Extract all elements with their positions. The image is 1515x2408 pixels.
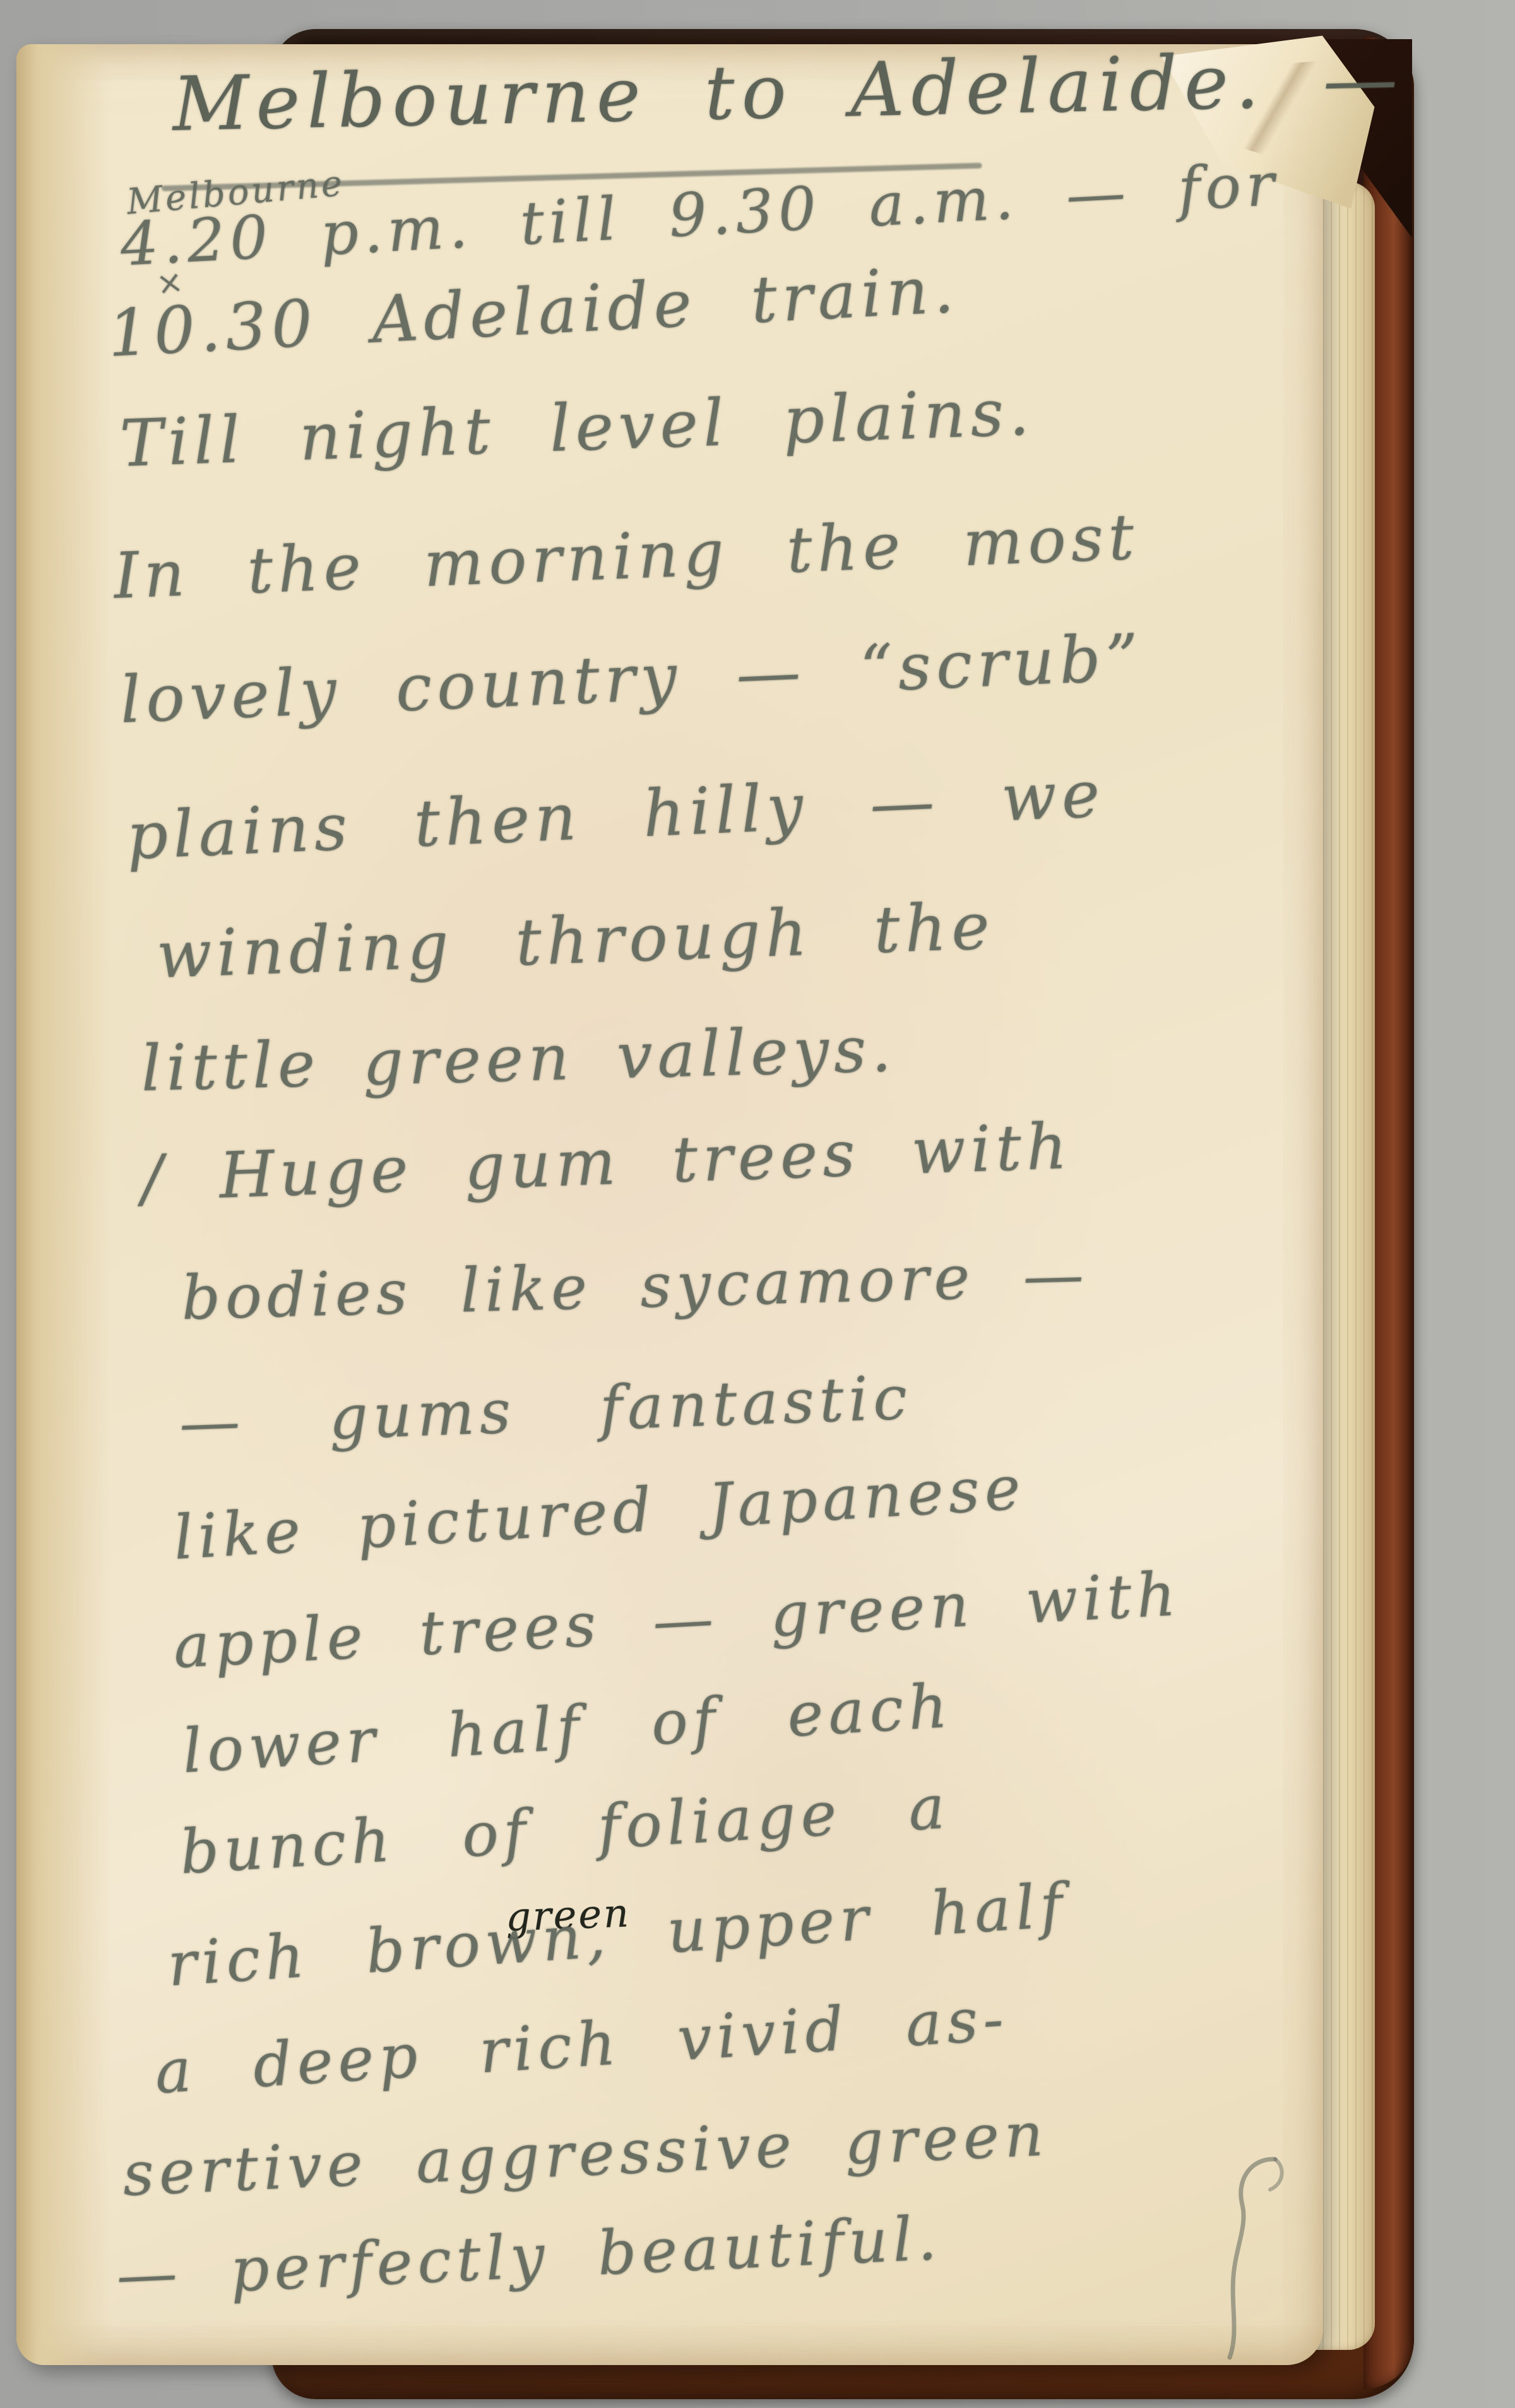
page-edge-leaves [1314, 182, 1375, 2350]
closing-flourish [1175, 2152, 1314, 2366]
notebook-photo: Melbourne to Adelaide. — Melbourne 4.20 … [0, 0, 1515, 2408]
page-edge-stack [1314, 182, 1375, 2350]
